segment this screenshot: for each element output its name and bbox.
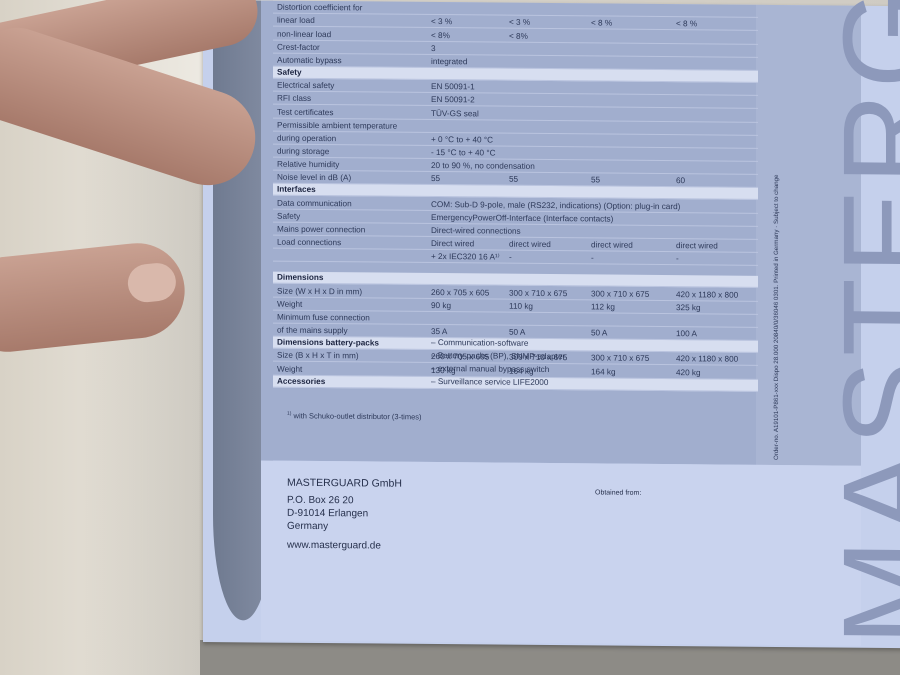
cell-value: 420 x 1180 x 800 bbox=[676, 354, 738, 364]
cell-value: 300 x 710 x 675 bbox=[509, 288, 567, 298]
cell-value: < 3 % bbox=[431, 17, 452, 26]
row-label: Mains power connection bbox=[277, 225, 365, 235]
cell-value: < 8 % bbox=[676, 20, 697, 29]
cell-value: 325 kg bbox=[676, 303, 701, 312]
cell-value: 55 bbox=[591, 176, 600, 185]
cell-value: 3 bbox=[431, 44, 436, 53]
accessory-item: – Surveillance service LIFE2000 bbox=[431, 375, 565, 389]
company-name: MASTERGUARD GmbH bbox=[287, 477, 402, 491]
cell-value: - 15 °C to + 40 °C bbox=[431, 148, 496, 158]
company-address-line: D-91014 Erlangen bbox=[287, 507, 402, 521]
footnote-text: with Schuko-outlet distributor (3-times) bbox=[294, 411, 422, 421]
company-address-line: P.O. Box 26 20 bbox=[287, 494, 402, 508]
row-label: Weight bbox=[277, 299, 302, 308]
section-title: Safety bbox=[277, 68, 302, 77]
cell-value: integrated bbox=[431, 57, 467, 66]
cell-value: TÜV-GS seal bbox=[431, 108, 479, 117]
datasheet-paper: Distortion coefficient forlinear load< 3… bbox=[203, 0, 900, 648]
row-label: of the mains supply bbox=[277, 326, 348, 336]
cell-value: EN 50091-2 bbox=[431, 95, 475, 104]
cell-value: direct wired bbox=[509, 240, 551, 249]
cell-value: 260 x 705 x 605 bbox=[431, 288, 489, 298]
cell-value: 35 A bbox=[431, 327, 447, 336]
cell-value: 420 kg bbox=[676, 368, 701, 377]
cell-value: 20 to 90 %, no condensation bbox=[431, 161, 535, 171]
brand-wordmark: MASTERG bbox=[815, 0, 900, 647]
accessories-list: – Communication-software– Battery-packs … bbox=[431, 336, 565, 389]
cell-value: + 0 °C to + 40 °C bbox=[431, 135, 493, 145]
cell-value: 112 kg bbox=[591, 302, 615, 311]
print-metadata: Order-no. A19101-P861-xxx Dispo 28.000 2… bbox=[773, 174, 780, 460]
cell-value: 55 bbox=[509, 175, 518, 184]
row-label: Automatic bypass bbox=[277, 56, 342, 66]
cell-value: 50 A bbox=[509, 328, 525, 337]
row-label: Safety bbox=[277, 211, 300, 220]
cell-value: 50 A bbox=[591, 329, 607, 338]
obtained-from-label: Obtained from: bbox=[595, 489, 641, 496]
row-label: linear load bbox=[277, 16, 315, 25]
cell-value: Direct wired bbox=[431, 239, 474, 248]
row-label: Load connections bbox=[277, 238, 341, 248]
accessory-item: – Communication-software bbox=[431, 336, 565, 350]
row-label: Weight bbox=[277, 364, 302, 373]
cell-value: 420 x 1180 x 800 bbox=[676, 290, 738, 300]
cell-value: 60 bbox=[676, 177, 685, 186]
spec-table: Distortion coefficient forlinear load< 3… bbox=[273, 1, 758, 392]
accessory-item: – external manual bypass switch bbox=[431, 362, 565, 376]
section-title: Interfaces bbox=[277, 185, 316, 194]
row-label: Relative humidity bbox=[277, 160, 339, 170]
row-label: Size (W x H x D in mm) bbox=[277, 286, 362, 296]
cell-value: direct wired bbox=[676, 241, 718, 250]
cell-value: 300 x 710 x 675 bbox=[591, 289, 649, 299]
row-label: Distortion coefficient for bbox=[277, 3, 362, 13]
cell-value: + 2x IEC320 16 A¹⁾ bbox=[431, 251, 500, 262]
cell-value: EN 50091-1 bbox=[431, 82, 475, 91]
section-title: Accessories bbox=[277, 376, 325, 385]
cell-value: 55 bbox=[431, 174, 440, 183]
company-website: www.masterguard.de bbox=[287, 539, 402, 553]
section-title: Dimensions bbox=[277, 273, 323, 282]
cell-value: 100 A bbox=[676, 329, 697, 338]
row-label: Size (B x H x T in mm) bbox=[277, 351, 359, 361]
cell-value: direct wired bbox=[591, 241, 633, 250]
row-label: Permissible ambient temperature bbox=[277, 120, 397, 130]
cell-value: - bbox=[591, 254, 594, 263]
row-label: Minimum fuse connection bbox=[277, 313, 370, 323]
cell-value: COM: Sub-D 9-pole, male (RS232, indicati… bbox=[431, 200, 680, 211]
row-label: during storage bbox=[277, 147, 329, 156]
accessory-item: – Battery-packs (BP), SNMP-adapter bbox=[431, 349, 565, 363]
row-label: Crest-factor bbox=[277, 42, 320, 51]
cell-value: - bbox=[509, 253, 512, 262]
row-label: Noise level in dB (A) bbox=[277, 173, 351, 183]
cell-value: < 3 % bbox=[509, 18, 530, 27]
row-label: non-linear load bbox=[277, 29, 331, 38]
cell-value: 110 kg bbox=[509, 301, 533, 310]
row-label: RFI class bbox=[277, 94, 311, 103]
cell-value: < 8 % bbox=[591, 19, 612, 28]
row-label: during operation bbox=[277, 134, 336, 144]
footnote: 1) with Schuko-outlet distributor (3-tim… bbox=[287, 411, 422, 422]
row-label: Data communication bbox=[277, 198, 352, 208]
footnote-mark: 1) bbox=[287, 411, 291, 417]
company-block: MASTERGUARD GmbH P.O. Box 26 20 D-91014 … bbox=[287, 477, 402, 553]
cell-value: < 8% bbox=[431, 31, 450, 40]
cell-value: < 8% bbox=[509, 31, 528, 40]
row-label: Test certificates bbox=[277, 107, 333, 116]
cell-value: - bbox=[676, 255, 679, 264]
section-title: Dimensions battery-packs bbox=[277, 338, 379, 348]
cell-value: 300 x 710 x 675 bbox=[591, 354, 649, 364]
cell-value: 90 kg bbox=[431, 301, 451, 310]
row-label: Electrical safety bbox=[277, 81, 334, 91]
cell-value: 164 kg bbox=[591, 367, 616, 376]
cell-value: EmergencyPowerOff-Interface (Interface c… bbox=[431, 213, 613, 224]
cell-value: Direct-wired connections bbox=[431, 226, 521, 236]
fingernail bbox=[126, 261, 178, 304]
company-address-line: Germany bbox=[287, 520, 402, 534]
